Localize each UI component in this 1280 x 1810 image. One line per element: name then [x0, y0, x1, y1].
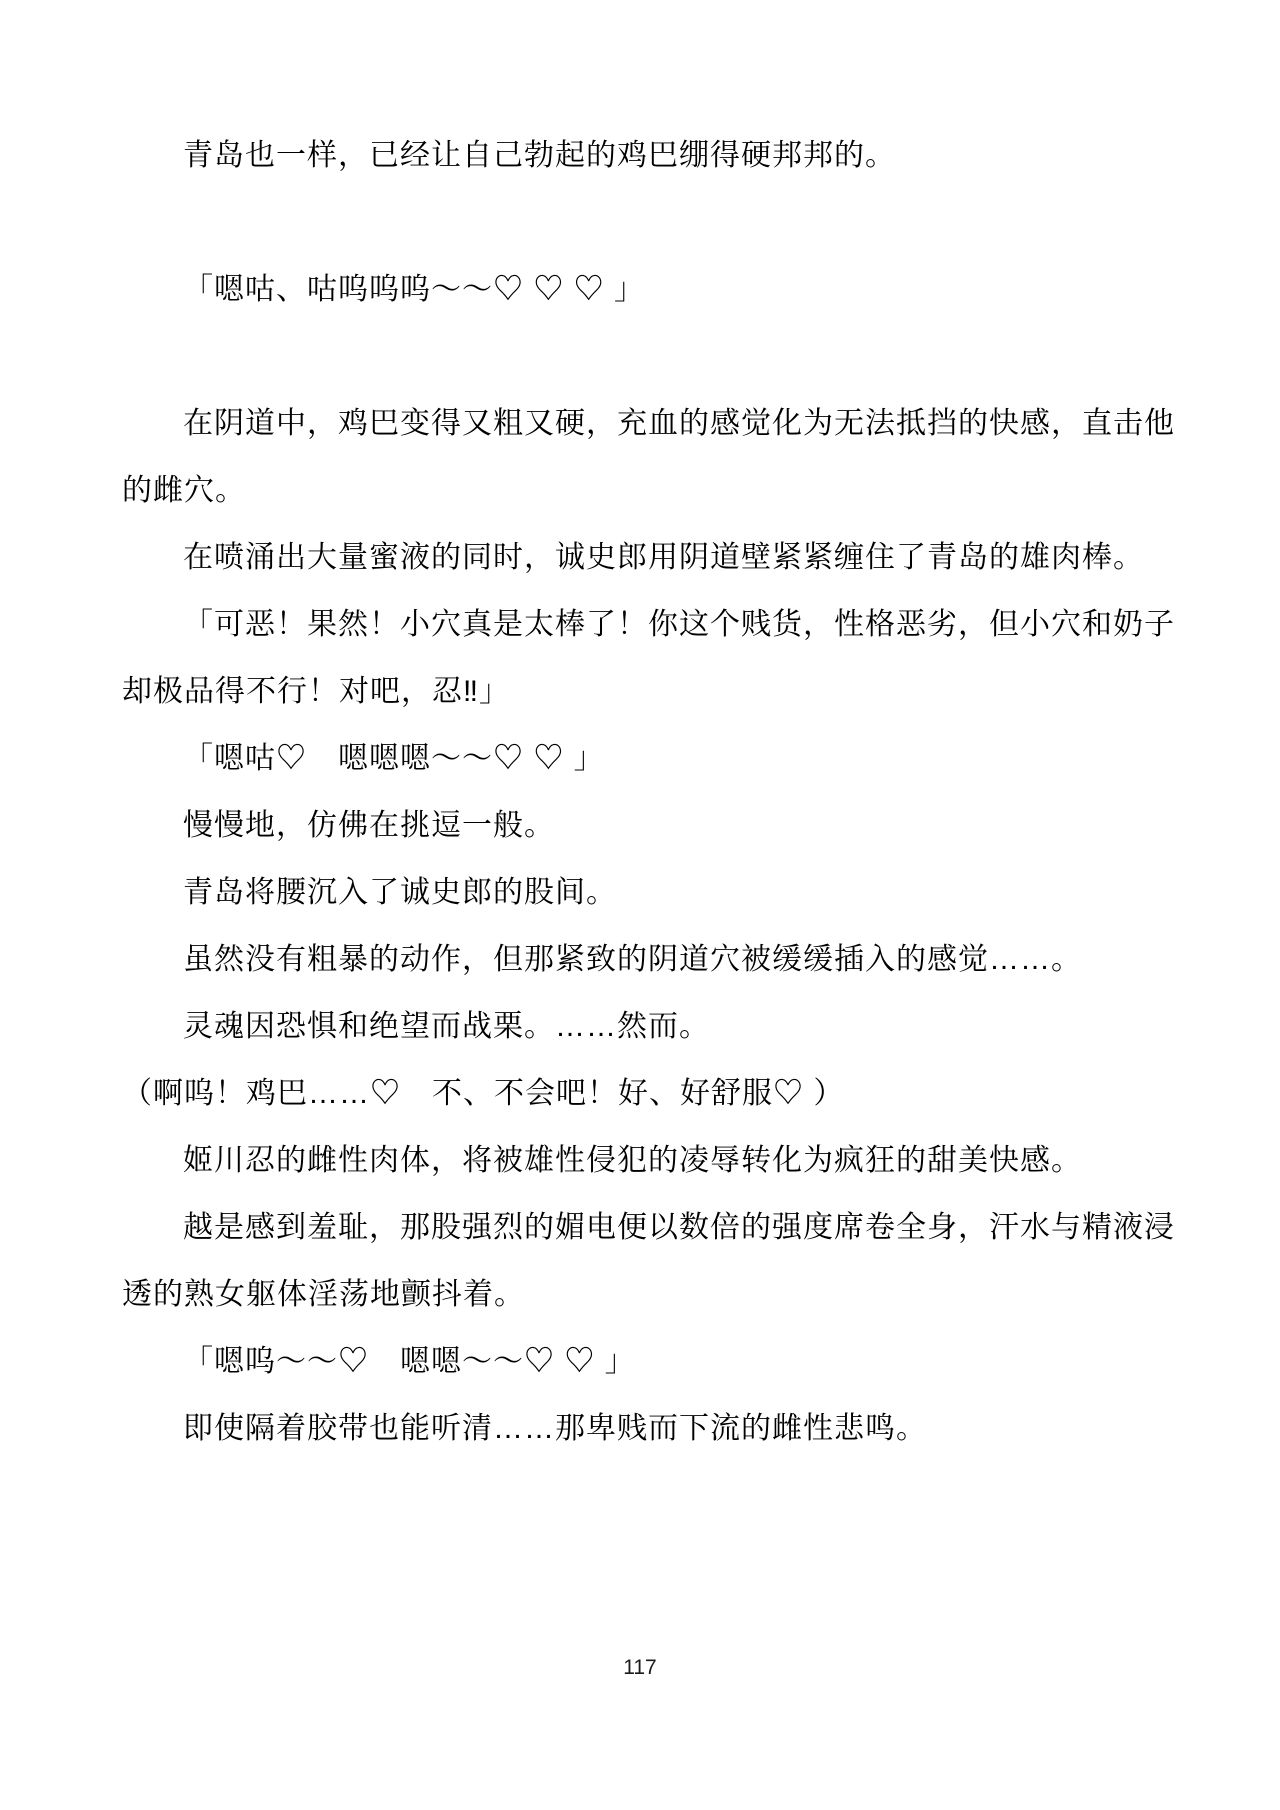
- text-line-16: 透的熟女躯体淫荡地颤抖着。: [122, 1261, 1168, 1328]
- text-line-2: 「嗯咕、咕呜呜呜～～♡ ♡ ♡ 」: [122, 256, 1168, 323]
- text-line-6: 「可恶！果然！小穴真是太棒了！你这个贱货，性格恶劣，但小穴和奶子: [122, 591, 1168, 658]
- text-line-7: 却极品得不行！对吧，忍‼」: [122, 658, 1168, 725]
- text-line-18: 即使隔着胶带也能听清……那卑贱而下流的雌性悲鸣。: [122, 1395, 1168, 1462]
- text-line-11: 虽然没有粗暴的动作，但那紧致的阴道穴被缓缓插入的感觉……。: [122, 926, 1168, 993]
- text-line-3: 在阴道中，鸡巴变得又粗又硬，充血的感觉化为无法抵挡的快感，直击他: [122, 390, 1168, 457]
- page-number: 117: [0, 1651, 1280, 1685]
- text-line-12: 灵魂因恐惧和绝望而战栗。……然而。: [122, 993, 1168, 1060]
- text-line-10: 青岛将腰沉入了诚史郎的股间。: [122, 859, 1168, 926]
- text-line-15: 越是感到羞耻，那股强烈的媚电便以数倍的强度席卷全身，汗水与精液浸: [122, 1194, 1168, 1261]
- blank-line-1: [122, 189, 1168, 256]
- text-line-9: 慢慢地，仿佛在挑逗一般。: [122, 792, 1168, 859]
- text-block: 青岛也一样，已经让自己勃起的鸡巴绷得硬邦邦的。 「嗯咕、咕呜呜呜～～♡ ♡ ♡ …: [122, 122, 1168, 1462]
- blank-line-2: [122, 323, 1168, 390]
- text-line-5: 在喷涌出大量蜜液的同时，诚史郎用阴道壁紧紧缠住了青岛的雄肉棒。: [122, 524, 1168, 591]
- text-line-1: 青岛也一样，已经让自己勃起的鸡巴绷得硬邦邦的。: [122, 122, 1168, 189]
- text-line-4: 的雌穴。: [122, 457, 1168, 524]
- text-line-14: 姬川忍的雌性肉体，将被雄性侵犯的凌辱转化为疯狂的甜美快感。: [122, 1127, 1168, 1194]
- text-line-13: （啊呜！鸡巴……♡ 不、不会吧！好、好舒服♡ ）: [122, 1060, 1168, 1127]
- text-line-8: 「嗯咕♡ 嗯嗯嗯～～♡ ♡ 」: [122, 725, 1168, 792]
- text-line-17: 「嗯呜～～♡ 嗯嗯～～♡ ♡ 」: [122, 1328, 1168, 1395]
